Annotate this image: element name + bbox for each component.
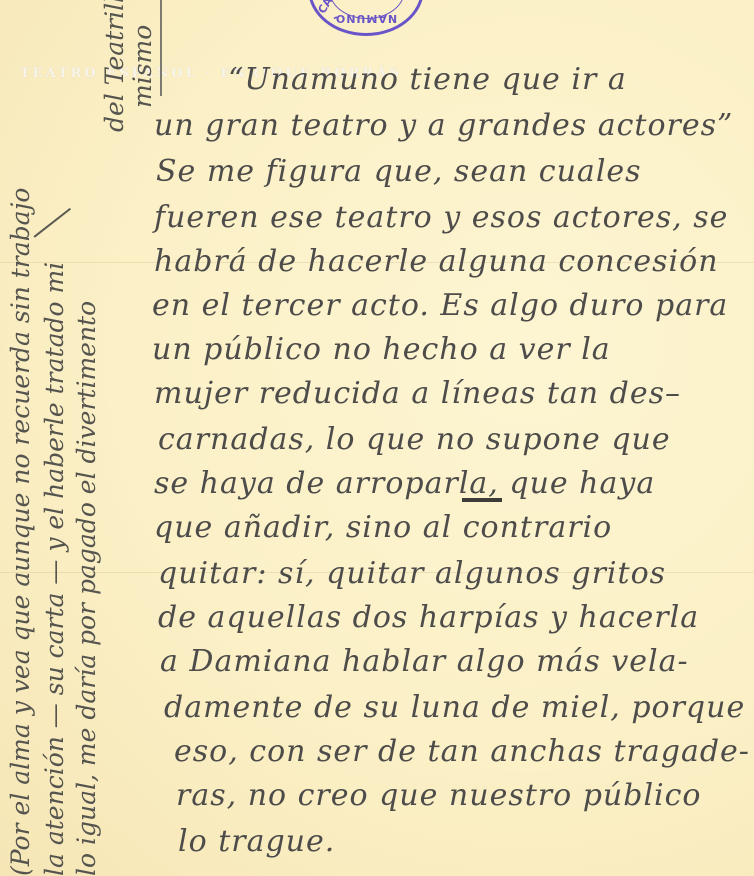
body-line: se haya de arroparla, que haya: [154, 466, 655, 501]
body-line: damente de su luna de miel, porque: [164, 690, 745, 725]
stamp-bottom-text: NAMUNO: [311, 12, 421, 25]
margin-note-column: la atención — su carta — y el haberle tr…: [40, 262, 69, 876]
archive-stamp: CA - NAMUNO: [308, 0, 424, 36]
pen-stroke-mark: [34, 208, 71, 238]
body-line: Se me figura que, sean cuales: [156, 154, 642, 189]
body-line: lo trague.: [178, 824, 335, 859]
body-line: fueren ese teatro y esos actores, se: [154, 200, 728, 235]
body-line: habrá de hacerle alguna concesión: [154, 244, 719, 279]
margin-note-column: del Teatrillo: [100, 0, 129, 132]
body-line: que añadir, sino al contrario: [154, 510, 612, 545]
body-line: eso, con ser de tan anchas tragade-: [174, 734, 750, 769]
body-line: “Unamuno tiene que ir a: [228, 62, 627, 97]
strikethrough-mark: [462, 498, 502, 502]
body-line: carnadas, lo que no supone que: [158, 422, 671, 457]
letter-page: TEATRO ESPAÑOL · ENRIQUE BORRÁS CA - NAM…: [0, 0, 754, 876]
body-line: de aquellas dos harpías y hacerla: [158, 600, 699, 635]
body-line: a Damiana hablar algo más vela-: [160, 644, 689, 679]
body-line: quitar: sí, quitar algunos gritos: [158, 556, 666, 591]
body-line: ras, no creo que nuestro público: [176, 778, 702, 813]
body-line: en el tercer acto. Es algo duro para: [152, 288, 728, 323]
margin-note-column: (Por el alma y vea que aunque no recuerd…: [6, 188, 35, 876]
body-line: un gran teatro y a grandes actores”: [154, 108, 733, 143]
body-line: un público no hecho a ver la: [152, 332, 611, 367]
margin-rule-line: [160, 0, 162, 96]
margin-note-column: lo igual, me daría por pagado el diverti…: [72, 301, 101, 876]
body-line: mujer reducida a líneas tan des–: [154, 376, 681, 411]
margin-note-column: mismo: [128, 25, 157, 108]
